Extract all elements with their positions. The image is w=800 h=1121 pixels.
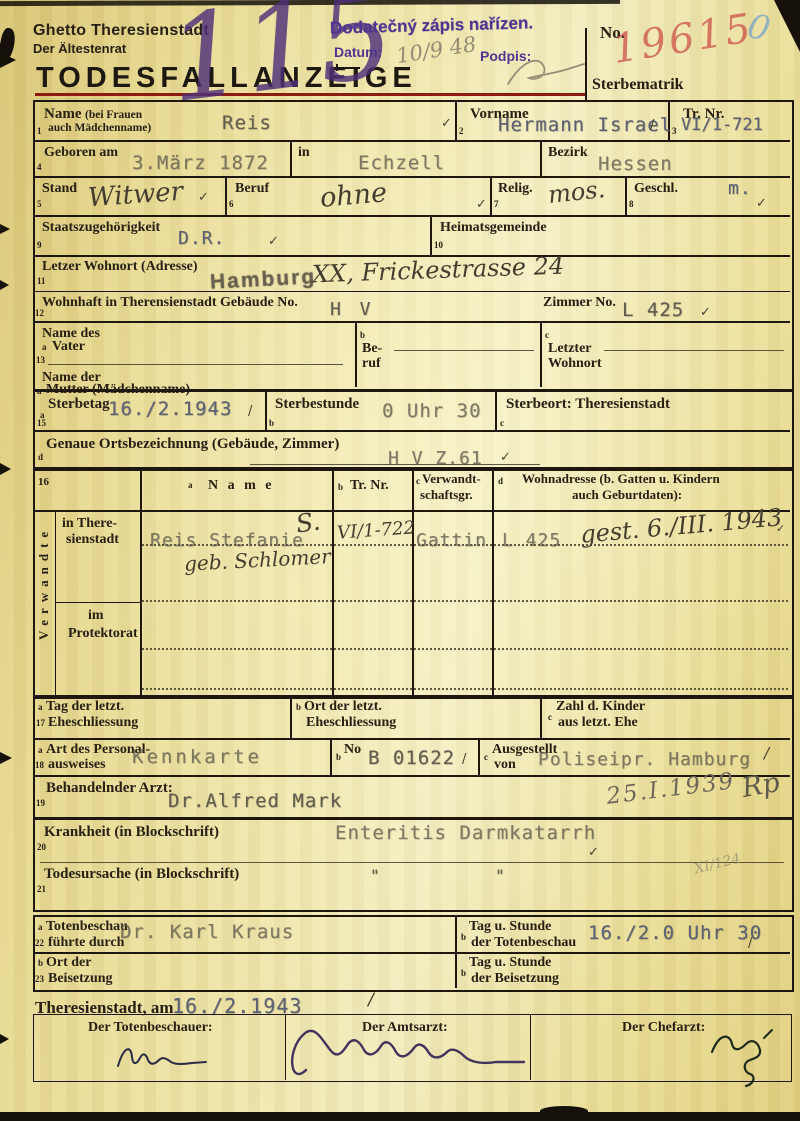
check-stand: ✓ [198, 190, 209, 205]
signature-amtsarzt [288, 1022, 538, 1077]
field-geboren-label: Geboren am [44, 145, 118, 161]
datum-arrow-mark [334, 62, 364, 74]
ehe-c-letter: c [548, 712, 552, 722]
signature-chefarzt [700, 1024, 790, 1094]
sig-chefarzt-label: Der Chefarzt: [622, 1020, 705, 1036]
field-sterbetag-label: Sterbetag [48, 396, 110, 413]
scan-mark-left-5 [0, 752, 12, 764]
stamp-datum-value: 10/9 48 [395, 32, 478, 68]
field-ortsbezeichnung-value: H V Z.61 [388, 448, 483, 469]
totenbeschau-a-line1: Totenbeschau [46, 919, 128, 935]
ausweis-c-letter: c [484, 752, 488, 762]
field-in-value: Echzell [358, 152, 445, 174]
hdr-verw-line2: schaftsgr. [420, 488, 473, 503]
ausweis-b-letter: b [336, 752, 341, 762]
field-wohnhaft-num: 12 [35, 308, 44, 318]
check-sterbetag: / [248, 404, 252, 419]
totenbeschau-a-line2: führte durch [48, 935, 124, 951]
scan-mark-left-2 [0, 224, 10, 234]
check-ausweis-no: / [462, 752, 466, 767]
field-ortsbezeichnung-letter: d [38, 452, 43, 462]
ausweis-a-value: Kennkarte [132, 746, 262, 768]
check-ortsbezeichnung: ✓ [500, 450, 511, 465]
vater-fill-line [48, 364, 343, 365]
totenbeschau-b-line2: der Totenbeschau [471, 935, 576, 951]
relatives-vertical-label: Verwandte [36, 548, 52, 640]
field-geboren-num: 4 [37, 162, 42, 172]
org-name-line2: Der Ältestenrat [33, 42, 126, 57]
field-sterbeort-letter: c [500, 418, 504, 428]
field-stand-label: Stand [42, 181, 77, 197]
hdr-wohn-line2: auch Geburtdaten): [572, 488, 682, 503]
hdr-wohn-line1: Wohnadresse (b. Gatten u. Kindern [522, 472, 720, 487]
ausweis-b-label: No [344, 742, 361, 758]
beisetzung-a-line2: Beisetzung [48, 971, 113, 987]
check-krankheit: ✓ [588, 845, 599, 860]
check-totenbeschau: / [748, 936, 752, 951]
relative-verw-value: Gattin [416, 530, 487, 551]
todesursache-ditto-1: " [370, 866, 381, 885]
section2-label2: Protektorat [68, 626, 138, 642]
relative-wohn-typed: L 425 [502, 530, 561, 551]
field-staat-label: Staatszugehörigkeit [42, 220, 160, 236]
field-geschl-num: 8 [629, 199, 634, 209]
stamp-text: Dodatečný zápis nařízen. [330, 13, 534, 38]
field-geschl-value: m. [728, 178, 752, 199]
ausweis-b-value: B 01622 [368, 747, 455, 769]
todesursache-num: 21 [37, 884, 46, 894]
check-ausweis-pencil: / [764, 744, 769, 762]
krankheit-label: Krankheit (in Blockschrift) [44, 824, 219, 841]
field-beruf-value: ohne [319, 177, 388, 214]
field-ortsbezeichnung-label: Genaue Ortsbezeichnung (Gebäude, Zimmer) [46, 436, 339, 453]
ehe-b-letter: b [296, 702, 301, 712]
field-wohnhaft-label: Wohnhaft in Therensienstadt Gebäude No. [42, 295, 298, 311]
arzt-num: 19 [36, 798, 45, 808]
field-geschl-label: Geschl. [634, 181, 678, 197]
ehe-c-line2: aus letzt. Ehe [558, 715, 638, 731]
ehe-a-line2: Eheschliessung [48, 715, 138, 731]
scan-corner-top-right [774, 0, 800, 52]
field-name-label: Name (bei Frauen [44, 106, 142, 123]
field-sterbetag-value: 16./2.1943 [108, 398, 232, 420]
arzt-label: Behandelnder Arzt: [46, 780, 173, 797]
field-wohnort-num: 11 [37, 276, 46, 286]
ehe-b-line1: Ort der letzt. [304, 699, 382, 715]
sterbematrik-number: 19615 [609, 5, 757, 73]
check-relative: ✓ [776, 522, 785, 535]
relative-name-hand-above: S. [294, 506, 322, 538]
relatives-num: 16 [38, 476, 49, 488]
scan-edge-bottom-bump [540, 1106, 588, 1116]
main-form-box [33, 100, 794, 391]
section2-label1: im [88, 608, 104, 624]
eltern-beruf-label1: Be- [362, 341, 382, 357]
field-name-value: Reis [222, 112, 272, 134]
field-relig-value: mos. [547, 175, 607, 209]
field-relig-num: 7 [494, 199, 499, 209]
eltern-beruf-letter: b [360, 330, 365, 340]
field-vater-label2: Vater [52, 339, 85, 355]
field-wohnort-label: Letzer Wohnort (Adresse) [42, 259, 198, 275]
beisetzung-b-letter: b [461, 968, 466, 978]
field-trnr-num: 3 [672, 126, 677, 136]
beisetzung-a-letter: b [38, 958, 43, 968]
totenbeschau-b-letter: b [461, 932, 466, 942]
scan-mark-left-1 [0, 52, 16, 68]
ehe-c-line1: Zahl d. Kinder [556, 699, 645, 715]
krankheit-num: 20 [37, 842, 46, 852]
todesursache-label: Todesursache (in Blockschrift) [44, 866, 239, 883]
todesursache-ditto-2: " [495, 866, 506, 885]
ausweis-c-line2: von [494, 757, 516, 773]
field-zimmer-value: L 425 [622, 299, 684, 321]
totenbeschau-a-letter: a [38, 922, 43, 932]
eltern-wohnort-letter: c [545, 330, 549, 340]
field-geboren-value: 3.März 1872 [132, 152, 269, 174]
hdr-verw-letter: c [416, 476, 420, 486]
ausweis-c-value: Poliseipr. Hamburg [538, 749, 751, 770]
ausweis-num: 18 [35, 760, 44, 770]
hdr-verw-line1: Verwandt- [422, 472, 481, 487]
field-heimat-num: 10 [434, 240, 443, 250]
field-vorname-value: Hermann Israel [498, 114, 672, 136]
eltern-wohnort-label2: Wohnort [548, 356, 602, 372]
field-stand-num: 5 [37, 199, 42, 209]
arzt-value: Dr.Alfred Mark [168, 790, 342, 812]
totenbeschau-b-line1: Tag u. Stunde [469, 919, 551, 935]
field-sterbestunde-value: 0 Uhr 30 [382, 400, 482, 422]
field-staat-num: 9 [37, 240, 42, 250]
scan-mark-left-3 [0, 280, 9, 290]
podpis-signature [500, 52, 590, 94]
field-zimmer-label: Zimmer No. [543, 295, 616, 311]
field-vater-num: 13 [36, 355, 45, 365]
ehe-b-line2: Eheschliessung [306, 715, 396, 731]
check-footer-date: / [368, 990, 374, 1010]
hdr-name-letter: a [188, 480, 193, 490]
field-sterbestunde-letter: b [269, 418, 274, 428]
field-relig-label: Relig. [498, 181, 533, 197]
scan-edge-bottom [0, 1112, 800, 1121]
field-trnr-value: VI/1-721 [681, 115, 763, 135]
scan-mark-left-4 [0, 463, 11, 475]
totenbeschau-num: 22 [35, 938, 44, 948]
stamp-datum-label: Datum: [334, 44, 382, 60]
field-bezirk-value: Hessen [598, 153, 673, 175]
check-beruf: ✓ [476, 197, 487, 212]
beisetzung-b-line1: Tag u. Stunde [469, 955, 551, 971]
field-sterbestunde-label: Sterbestunde [275, 396, 359, 413]
scan-mark-left-6 [0, 1034, 9, 1044]
field-beruf-label: Beruf [235, 181, 269, 197]
hdr-name: N a m e [208, 478, 275, 494]
hdr-wohn-letter: d [498, 476, 503, 486]
krankheit-divider [40, 862, 784, 863]
hdr-tr-letter: b [338, 482, 343, 492]
field-sterbeort-label: Sterbeort: Theresienstadt [506, 396, 670, 413]
check-vorname: / [650, 118, 654, 133]
beisetzung-b-line2: der Beisetzung [471, 971, 559, 987]
ausweis-a-line2: ausweises [48, 757, 106, 773]
field-beruf-num: 6 [229, 199, 234, 209]
wohnort-fill-line [604, 350, 784, 351]
sig-totenbeschauer-label: Der Totenbeschauer: [88, 1020, 213, 1036]
field-sterbetag-num: 15 [37, 418, 46, 428]
table-dotline-4 [142, 688, 788, 690]
check-zimmer: ✓ [700, 305, 711, 320]
field-bezirk-label: Bezirk [548, 145, 588, 161]
signature-totenbeschauer [110, 1036, 220, 1076]
section1-label2: sienstadt [66, 532, 119, 548]
field-name-num: 1 [37, 126, 42, 136]
field-vater-letter: a [42, 342, 47, 352]
hdr-tr: Tr. Nr. [350, 478, 389, 494]
header-divider [585, 28, 587, 100]
beisetzung-a-line1: Ort der [46, 955, 91, 971]
field-in-label: in [298, 145, 310, 161]
table-dotline-2 [142, 600, 788, 602]
check-staat: ✓ [268, 234, 279, 249]
sterbematrik-label: Sterbematrik [592, 76, 684, 94]
krankheit-value: Enteritis Darmkatarrh [335, 822, 596, 844]
field-staat-value: D.R. [178, 228, 225, 249]
ehe-a-line1: Tag der letzt. [46, 699, 124, 715]
eltern-beruf-label2: ruf [362, 356, 381, 372]
totenbeschau-b-value: 16./2.0 Uhr 30 [588, 922, 762, 944]
section1-label1: in There- [62, 516, 117, 532]
field-vorname-num: 2 [459, 126, 464, 136]
check-name: ✓ [441, 116, 452, 131]
eltern-wohnort-label1: Letzter [548, 341, 592, 357]
arzt-pencil-flourish: Rp [740, 767, 782, 804]
beisetzung-num: 23 [35, 974, 44, 984]
field-wohnhaft-value: H V [330, 299, 375, 320]
table-dotline-3 [142, 648, 788, 650]
field-heimat-label: Heimatsgemeinde [440, 220, 547, 236]
totenbeschau-a-value: Dr. Karl Kraus [120, 921, 294, 943]
ausweis-a-letter: a [38, 745, 43, 755]
field-name-label2: auch Mädchenname) [48, 122, 151, 135]
death-certificate-scan: Ghetto Theresienstadt Der Ältestenrat TO… [0, 0, 800, 1121]
beruf-fill-line [394, 350, 534, 351]
ortsbezeichnung-line [250, 464, 540, 465]
check-geschl: ✓ [756, 196, 767, 211]
ehe-a-letter: a [38, 702, 43, 712]
ehe-num: 17 [36, 718, 45, 728]
